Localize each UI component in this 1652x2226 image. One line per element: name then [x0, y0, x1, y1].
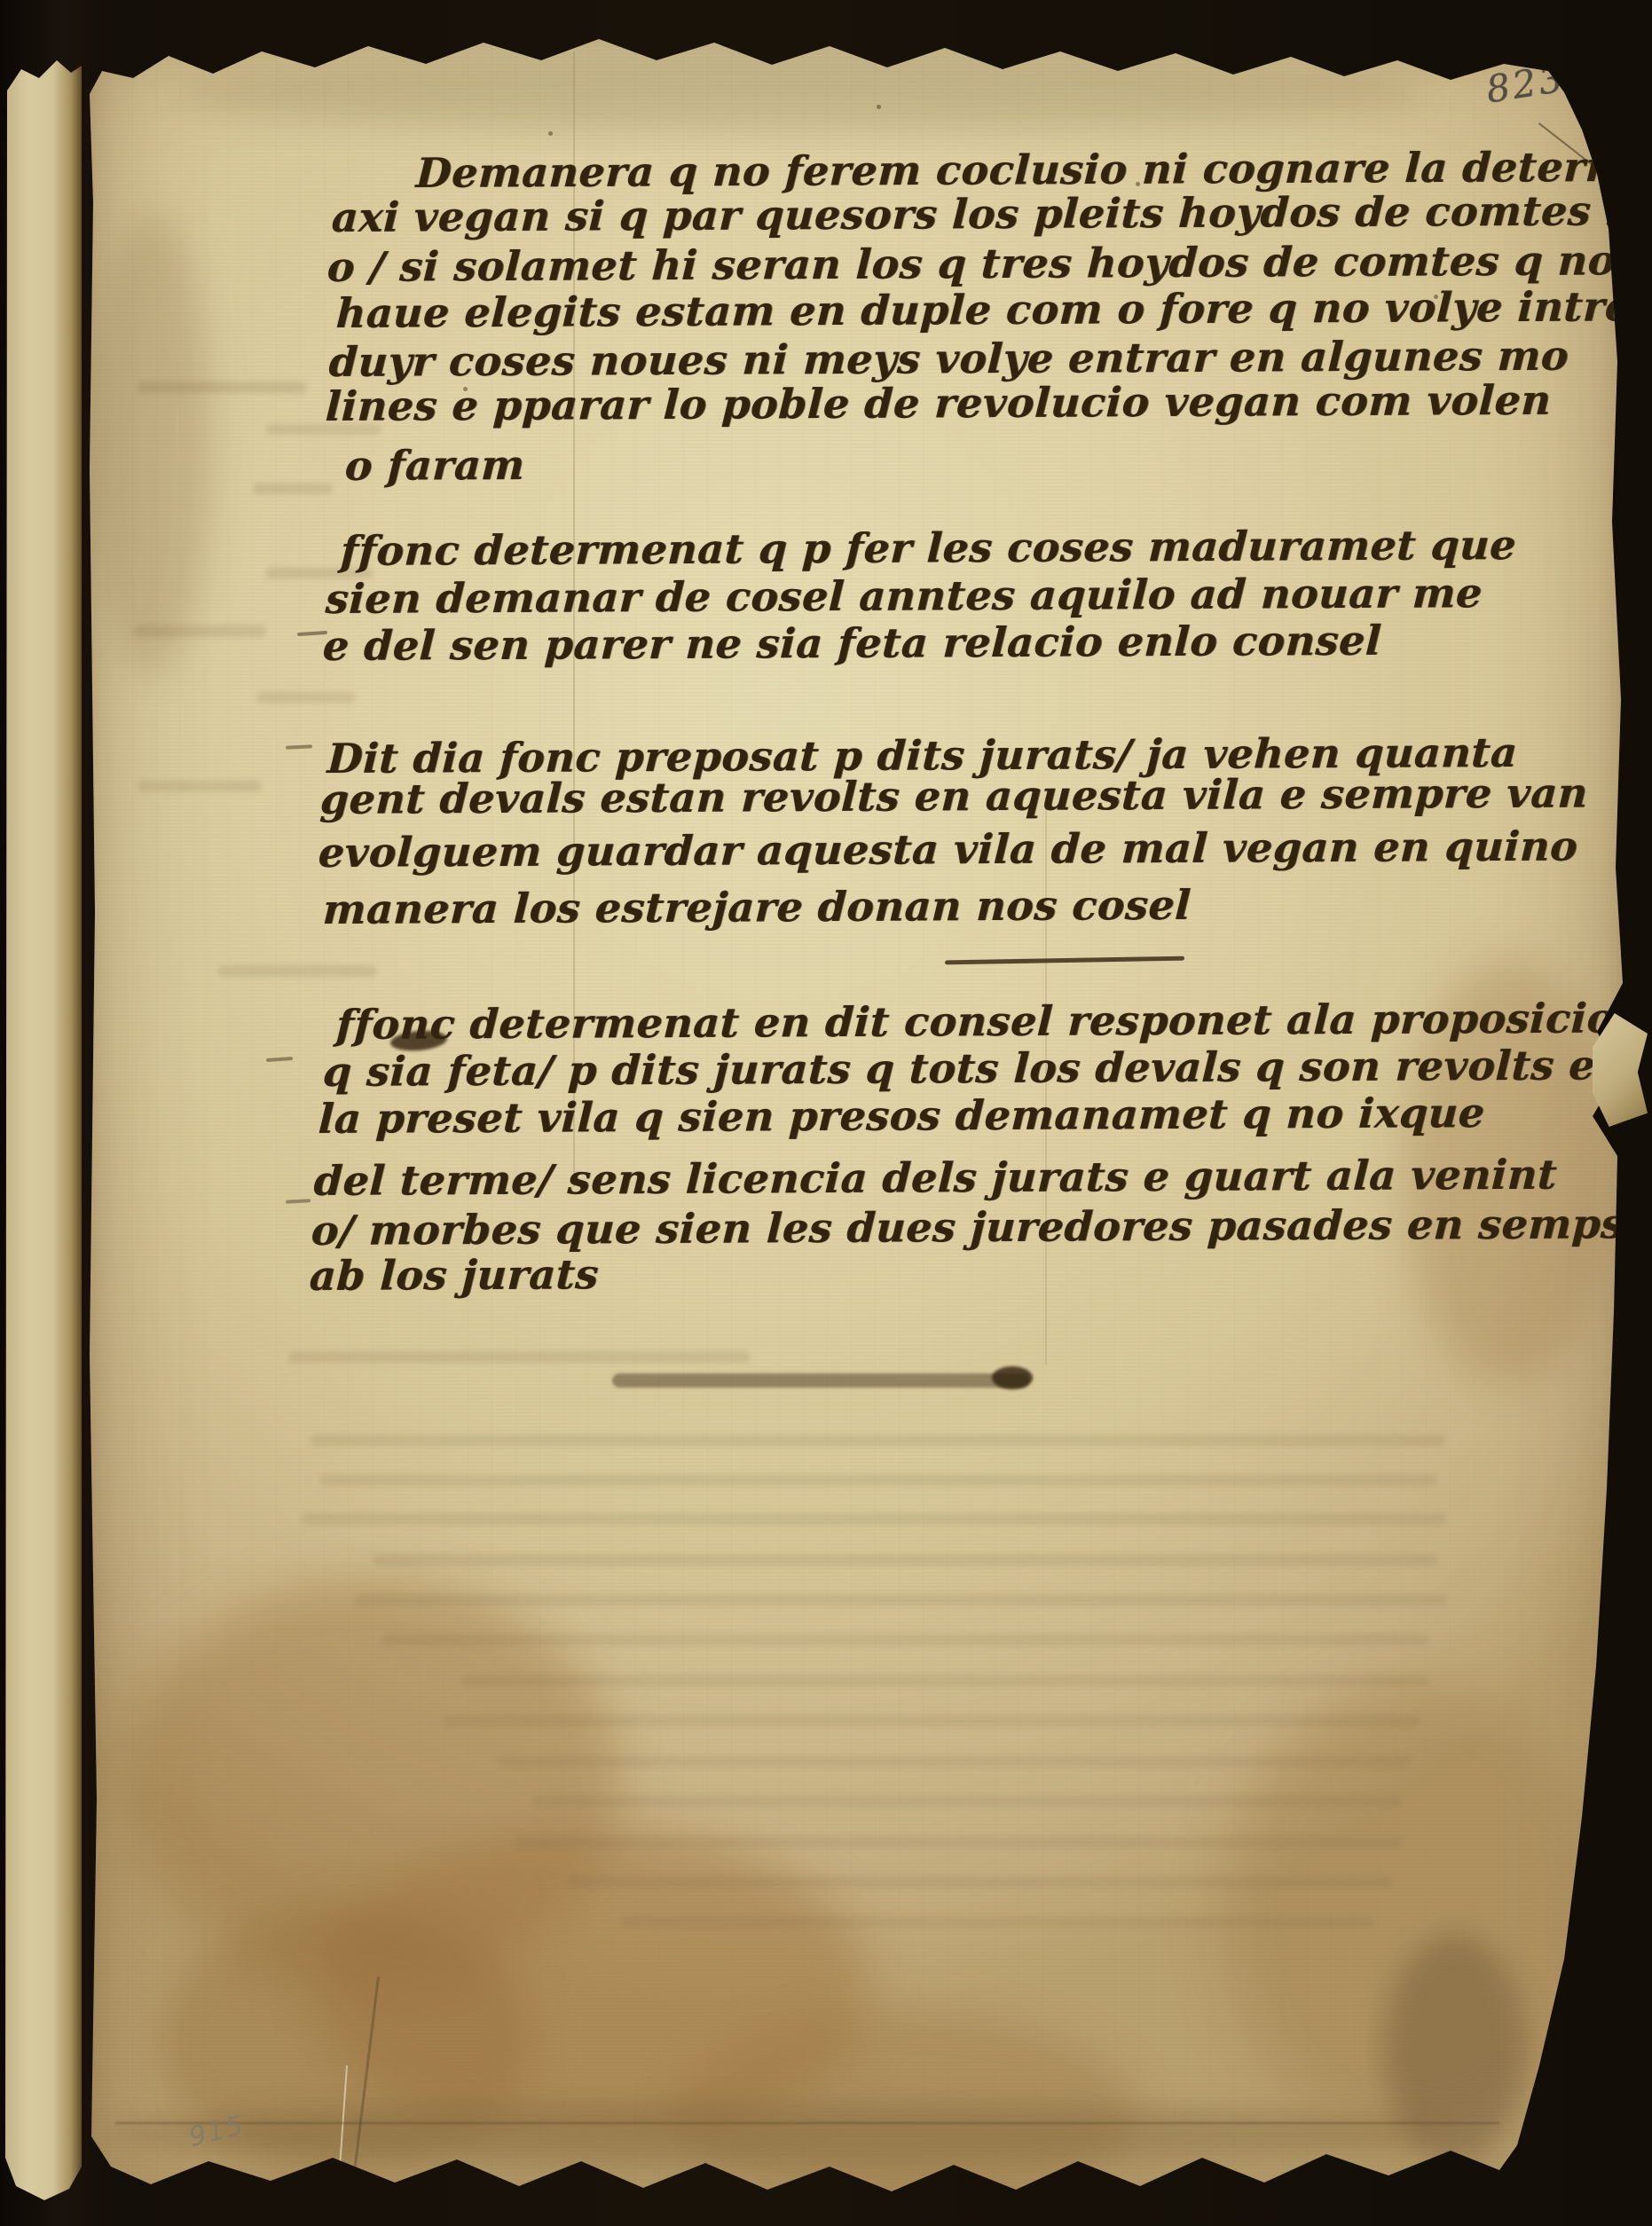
manuscript-line: la preset vila q sien presos demanamet q… [318, 1092, 1486, 1139]
bleedthrough-text [382, 1634, 1428, 1646]
bleedthrough-text [497, 1756, 1411, 1767]
torn-edge-flap [1593, 1013, 1648, 1127]
bleedthrough-text [138, 781, 262, 791]
manuscript-line: haue elegits estam en duple com o fore q… [335, 286, 1633, 334]
manuscript-line: axi vegan si q par quesors los pleits ho… [331, 190, 1652, 238]
bleedthrough-text [444, 1715, 1420, 1727]
bleedthrough-text [302, 1514, 1446, 1525]
manuscript-line: lines e pparar lo poble de revolucio veg… [325, 380, 1553, 427]
crossed-out-line [612, 1373, 1029, 1388]
bleedthrough-text [515, 1837, 1402, 1848]
bleedthrough-text [253, 484, 333, 494]
bleedthrough-text [288, 1351, 750, 1363]
manuscript-line: duyr coses noues ni meys volye entrar en… [328, 335, 1569, 382]
bleedthrough-text [133, 625, 266, 637]
manuscript-line: Demanera q no ferem coclusio ni cognare … [415, 146, 1652, 193]
bleedthrough-text [355, 1594, 1446, 1606]
manuscript-line: ffonc determenat q p fer les coses madur… [340, 524, 1517, 571]
manuscript-line: ab los jurats [309, 1254, 600, 1296]
manuscript-line: o / si solamet hi seran los q tres hoydo… [326, 239, 1652, 287]
bleedthrough-text [257, 692, 355, 703]
manuscript-line: evolguem guardar aquesta vila de mal veg… [318, 826, 1579, 873]
stain [106, 2103, 1437, 2165]
manuscript-scan: 823 Demanera q no ferem coclusio ni cogn… [0, 0, 1652, 2226]
bleedthrough-text [373, 1554, 1437, 1566]
bleedthrough-text [532, 1796, 1402, 1807]
manuscript-line: o faram [344, 444, 526, 486]
bleedthrough-text [138, 381, 306, 393]
bleedthrough-text [311, 1435, 1446, 1446]
manuscript-page: 823 Demanera q no ferem coclusio ni cogn… [84, 25, 1628, 2223]
manuscript-line: q sia feta/ p dits jurats q tots los dev… [322, 1044, 1626, 1092]
manuscript-line: sien demanar de cosel anntes aquilo ad n… [325, 572, 1483, 619]
manuscript-line: ffonc determenat en dit consel responet … [335, 997, 1616, 1045]
stain [89, 213, 213, 674]
stain [177, 53, 1420, 133]
ink-smudge [992, 1366, 1033, 1389]
bleedthrough-text [568, 1876, 1393, 1888]
ink-speck [877, 105, 881, 109]
bleedthrough-text [217, 965, 377, 977]
manuscript-line: o/ morbes que sien les dues juredores pa… [311, 1203, 1625, 1251]
manuscript-line: e del sen parer ne sia feta relacio enlo… [322, 620, 1382, 666]
crease-line [115, 2122, 1499, 2124]
manuscript-line: gent devals estan revolts en aquesta vil… [319, 773, 1589, 820]
bleedthrough-text [461, 1675, 1428, 1687]
manuscript-line: del terme/ sens licencia dels jurats e g… [313, 1154, 1558, 1201]
manuscript-line: manera los estrejare donan nos cosel [322, 885, 1192, 930]
previous-folio-edge [5, 46, 82, 2202]
ink-speck [548, 131, 553, 136]
bleedthrough-text [319, 1475, 1437, 1486]
bleedthrough-text [621, 1916, 1375, 1928]
